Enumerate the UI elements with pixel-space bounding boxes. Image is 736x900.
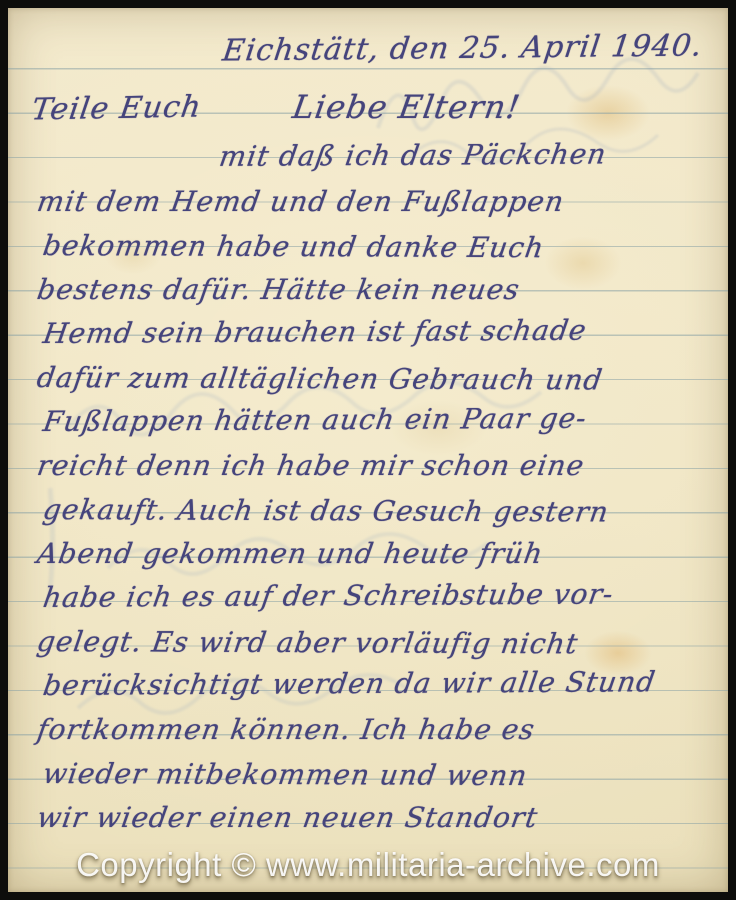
letter-line: wieder mitbekommen und wenn <box>40 752 728 799</box>
salutation: Liebe Eltern! <box>290 88 523 126</box>
letter-line: bestens dafür. Hätte kein neues <box>34 268 728 312</box>
letter-line: berücksichtigt werden da wir alle Stund <box>40 660 728 708</box>
opening-phrase: Teile Euch <box>29 90 204 128</box>
letter-line: mit dem Hemd und den Fußlappen <box>34 180 728 224</box>
letter-line: reicht denn ich habe mir schon eine <box>34 444 728 488</box>
letter-line: habe ich es auf der Schreibstube vor- <box>40 572 728 620</box>
letter-line: wir wieder einen neuen Standort <box>34 796 728 840</box>
letter-line: mit daß ich das Päckchen <box>40 132 728 180</box>
letter-line: Abend gekommen und heute früh <box>34 532 728 576</box>
letter-line: gekauft. Auch ist das Gesuch gestern <box>40 488 728 535</box>
date-line: Eichstätt, den 25. April 1940. <box>8 28 723 70</box>
salutation-row: Teile Euch Liebe Eltern! <box>32 88 712 126</box>
letter-page: Eichstätt, den 25. April 1940. Teile Euc… <box>8 8 728 892</box>
photo-frame: Eichstätt, den 25. April 1940. Teile Euc… <box>0 0 736 900</box>
letter-line: bekommen habe und danke Euch <box>40 224 728 271</box>
watermark: Copyright © www.militaria-archive.com <box>8 846 728 884</box>
letter-line: Hemd sein brauchen ist fast schade <box>40 308 728 356</box>
letter-body: mit daß ich das Päckchen mit dem Hemd un… <box>34 136 724 840</box>
letter-line: Fußlappen hätten auch ein Paar ge- <box>40 396 728 444</box>
letter-line: fortkommen können. Ich habe es <box>34 708 728 752</box>
